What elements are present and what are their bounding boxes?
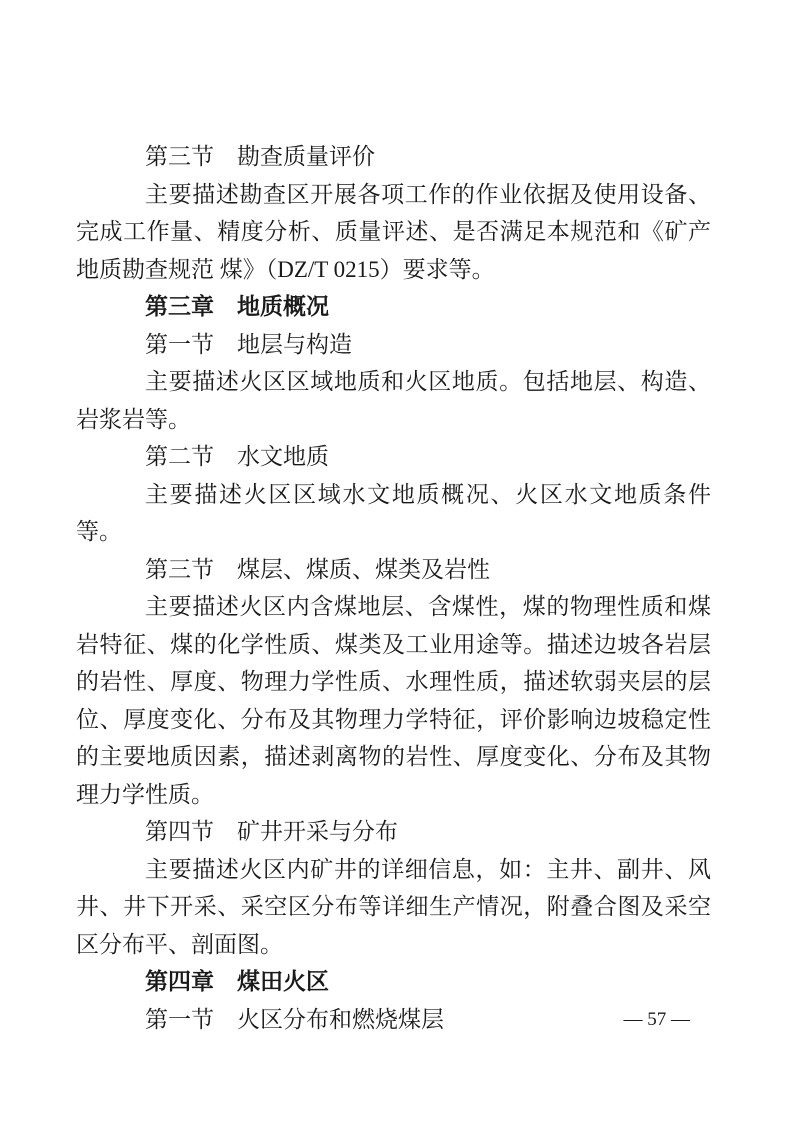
section-heading: 第二节 水文地质 xyxy=(76,438,711,476)
page-number: — 57 — xyxy=(624,1008,691,1032)
section-heading: 第一节 地层与构造 xyxy=(76,326,711,364)
paragraph: 主要描述火区区域地质和火区地质。包括地层、构造、岩浆岩等。 xyxy=(76,363,711,438)
chapter-heading: 第四章 煤田火区 xyxy=(76,963,711,1001)
paragraph: 主要描述火区内含煤地层、含煤性，煤的物理性质和煤岩特征、煤的化学性质、煤类及工业… xyxy=(76,588,711,813)
paragraph: 主要描述火区区域水文地质概况、火区水文地质条件等。 xyxy=(76,476,711,551)
chapter-heading: 第三章 地质概况 xyxy=(76,288,711,326)
section-heading: 第三节 勘查质量评价 xyxy=(76,138,711,176)
paragraph: 主要描述勘查区开展各项工作的作业依据及使用设备、完成工作量、精度分析、质量评述、… xyxy=(76,176,711,289)
section-heading: 第一节 火区分布和燃烧煤层 xyxy=(76,1001,711,1039)
paragraph: 主要描述火区内矿井的详细信息，如：主井、副井、风井、井下开采、采空区分布等详细生… xyxy=(76,851,711,964)
section-heading: 第四节 矿井开采与分布 xyxy=(76,813,711,851)
section-heading: 第三节 煤层、煤质、煤类及岩性 xyxy=(76,551,711,589)
document-body: 第三节 勘查质量评价 主要描述勘查区开展各项工作的作业依据及使用设备、完成工作量… xyxy=(76,138,711,1038)
document-page: 第三节 勘查质量评价 主要描述勘查区开展各项工作的作业依据及使用设备、完成工作量… xyxy=(0,0,793,1122)
